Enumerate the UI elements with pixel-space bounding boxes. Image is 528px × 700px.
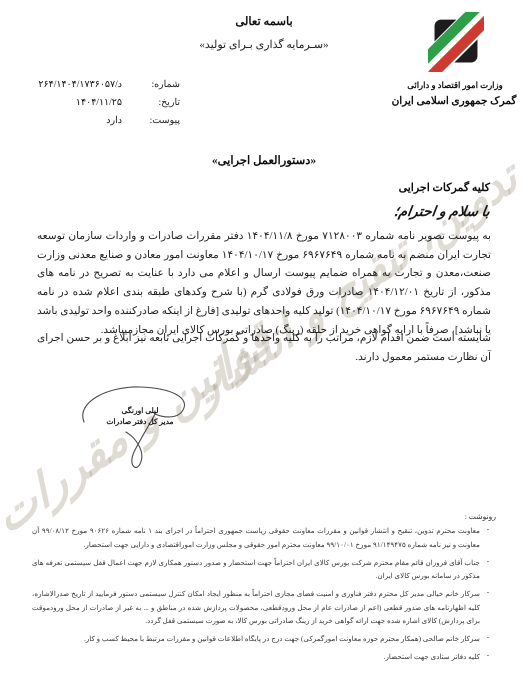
- attachment-label: پیوست:: [146, 115, 180, 126]
- signer-title: مدیر کل دفتر صادرات: [70, 417, 210, 426]
- body-paragraph-1: به پیوست تصویر نامه شماره ۷۱۲۸۰۰۳ مورخ ۱…: [37, 228, 491, 340]
- dash-bullet: -: [480, 557, 496, 584]
- document-title: «دستورالعمل اجرایی»: [0, 153, 528, 167]
- body-paragraph-2: شایسته است ضمن اقدام لازم، مراتب را به ک…: [37, 330, 491, 367]
- customs-logo-icon: [428, 12, 484, 72]
- number-value: د/۲۶۴/۱۴۰۴/۱۷۳۶۰۵۷: [26, 79, 146, 90]
- organization-name: گمرک جمهوری اسلامی ایران: [384, 95, 524, 107]
- date-value: ۱۴۰۴/۱۱/۲۵: [26, 97, 146, 108]
- cc-item: - جناب آقای فروزان قائم مقام محترم شرکت …: [30, 557, 496, 584]
- cc-label: رونوشت :: [30, 512, 496, 521]
- cc-item: - سرکار خانم صالحی (همکار محترم حوزه معا…: [30, 633, 496, 647]
- signer-name: لیلی اورنگی: [70, 406, 210, 415]
- letter-meta-block: شماره: د/۲۶۴/۱۴۰۴/۱۷۳۶۰۵۷ تاریخ: ۱۴۰۴/۱۱…: [26, 79, 180, 133]
- attachment-value: دارد: [26, 115, 146, 126]
- cc-item-text: سرکار خانم صالحی (همکار محترم حوزه معاون…: [30, 633, 480, 647]
- recipient-line: کلیه گمرکات اجرایی: [399, 181, 490, 194]
- cc-section: رونوشت : - معاونت محترم تدوین، تنقیح و ا…: [30, 512, 496, 669]
- number-label: شماره:: [146, 79, 180, 90]
- cc-item: - کلیه دفاتر ستادی جهت استحضار.: [30, 651, 496, 665]
- dash-bullet: -: [480, 525, 496, 552]
- cc-item: - معاونت محترم تدوین، تنقیح و انتشار قوا…: [30, 525, 496, 552]
- meta-row-attachment: پیوست: دارد: [26, 115, 180, 133]
- cc-item-text: معاونت محترم تدوین، تنقیح و انتشار قوانی…: [30, 525, 480, 552]
- cc-item-text: سرکار خانم خیالی مدیر کل محترم دفتر فناو…: [30, 588, 480, 629]
- date-label: تاریخ:: [146, 97, 180, 108]
- official-letter-page: معاونت تدوین، تنقیح و انتشار قوانین و مق…: [0, 0, 528, 700]
- cc-item-text: جناب آقای فروزان قائم مقام محترم شرکت بو…: [30, 557, 480, 584]
- signature-block: لیلی اورنگی مدیر کل دفتر صادرات: [70, 382, 210, 467]
- ministry-name: وزارت امور اقتصاد و دارائی: [392, 80, 518, 91]
- cc-item: - سرکار خانم خیالی مدیر کل محترم دفتر فن…: [30, 588, 496, 629]
- dash-bullet: -: [480, 651, 496, 665]
- dash-bullet: -: [480, 588, 496, 629]
- handwritten-signature-icon: [70, 382, 210, 472]
- salutation-line: با سلام و احترام؛: [393, 204, 491, 221]
- meta-row-date: تاریخ: ۱۴۰۴/۱۱/۲۵: [26, 97, 180, 115]
- dash-bullet: -: [480, 633, 496, 647]
- meta-row-number: شماره: د/۲۶۴/۱۴۰۴/۱۷۳۶۰۵۷: [26, 79, 180, 97]
- cc-item-text: کلیه دفاتر ستادی جهت استحضار.: [30, 651, 480, 665]
